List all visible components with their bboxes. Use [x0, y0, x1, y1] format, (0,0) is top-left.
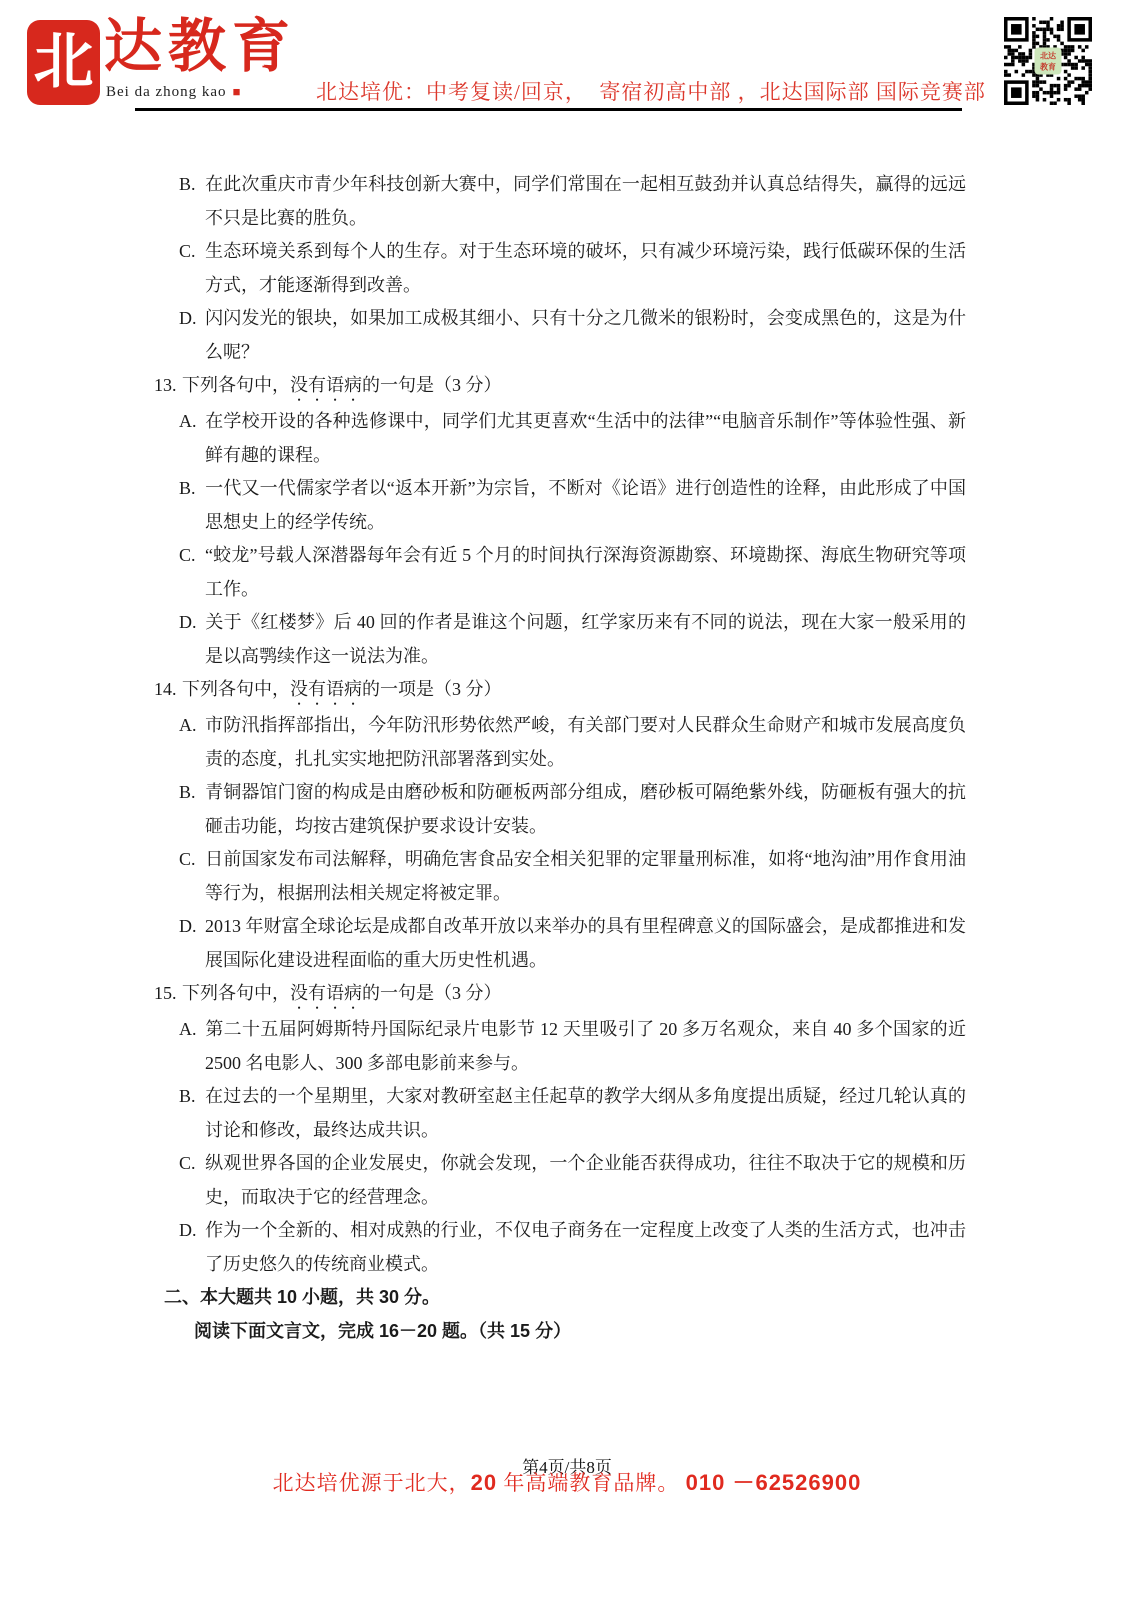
footer-segment: 010 －62526900 — [686, 1470, 862, 1495]
brand-red-square: ■ — [233, 84, 242, 99]
qr-center-badge: 北达 教育 — [1035, 48, 1062, 75]
question-13: 13.下列各句中，没有语病的一句是（3 分） — [154, 369, 966, 405]
text-segment: 的一项是（3 分） — [362, 679, 502, 699]
item-label: 15. — [154, 977, 182, 1011]
text-segment: 日前国家发布司法解释，明确危害食品安全相关犯罪的定罪量刑标准，如将“地沟油”用作… — [205, 849, 966, 903]
question-15: 15.下列各句中，没有语病的一句是（3 分） — [154, 977, 966, 1013]
exam-page: 北 达教育 Bei da zhong kao■ 北达培优：中考复读/回京， 寄宿… — [0, 0, 1134, 1606]
option-B: B.青铜器馆门窗的构成是由磨砂板和防砸板两部分组成，磨砂板可隔绝紫外线，防砸板有… — [179, 776, 966, 843]
option-D: D.2013 年财富全球论坛是成都自改革开放以来举办的具有里程碑意义的国际盛会，… — [179, 910, 966, 977]
option-C: C.“蛟龙”号载人深潜器每年会有近 5 个月的时间执行深海资源勘察、环境勘探、海… — [179, 539, 966, 606]
item-label: C. — [179, 843, 205, 877]
footer-segment: 年高端教育品牌。 — [497, 1471, 686, 1495]
text-segment: 2013 年财富全球论坛是成都自改革开放以来举办的具有里程碑意义的国际盛会，是成… — [205, 916, 966, 970]
text-segment: 下列各句中， — [182, 983, 290, 1003]
qr-badge-line2: 教育 — [1035, 62, 1062, 73]
item-label: B. — [179, 1080, 205, 1114]
item-label: D. — [179, 910, 205, 944]
footer-segment: 北达培优源于北大， — [273, 1471, 471, 1495]
text-segment: 闪闪发光的银块，如果加工成极其细小、只有十分之几微米的银粉时，会变成黑色的，这是… — [205, 308, 966, 362]
exam-body: B.在此次重庆市青少年科技创新大赛中，同学们常围在一起相互鼓劲并认真总结得失，赢… — [154, 168, 966, 1348]
option-C: C.纵观世界各国的企业发展史，你就会发现，一个企业能否获得成功，往往不取决于它的… — [179, 1147, 966, 1214]
brand-seal-logo: 北 — [27, 20, 100, 105]
text-segment: 生态环境关系到每个人的生存。对于生态环境的破坏，只有减少环境污染，践行低碳环保的… — [205, 241, 966, 295]
text-segment: 关于《红楼梦》后 40 回的作者是谁这个问题，红学家历来有不同的说法，现在大家一… — [205, 612, 966, 666]
option-C: C.生态环境关系到每个人的生存。对于生态环境的破坏，只有减少环境污染，践行低碳环… — [179, 235, 966, 302]
brand-subtitle-text: Bei da zhong kao — [106, 84, 227, 100]
brand-subtitle: Bei da zhong kao■ — [106, 84, 241, 101]
item-label: A. — [179, 1013, 205, 1047]
item-label: B. — [179, 472, 205, 506]
header-divider — [135, 108, 962, 111]
text-segment: 青铜器馆门窗的构成是由磨砂板和防砸板两部分组成，磨砂板可隔绝紫外线，防砸板有强大… — [205, 782, 966, 836]
item-label: A. — [179, 405, 205, 439]
text-segment: 在学校开设的各种选修课中，同学们尤其更喜欢“生活中的法律”“电脑音乐制作”等体验… — [205, 411, 966, 465]
emphasized-text: 没有语病 — [290, 375, 362, 395]
header-tagline: 北达培优：中考复读/回京， 寄宿初高中部 ，北达国际部 国际竞赛部 — [316, 76, 986, 106]
option-A: A.第二十五届阿姆斯特丹国际纪录片电影节 12 天里吸引了 20 多万名观众，来… — [179, 1013, 966, 1080]
footer-segment: 20 — [471, 1470, 497, 1495]
item-label: A. — [179, 709, 205, 743]
text-segment: 作为一个全新的、相对成熟的行业，不仅电子商务在一定程度上改变了人类的生活方式，也… — [205, 1220, 966, 1274]
text-segment: 下列各句中， — [182, 375, 290, 395]
text-segment: 下列各句中， — [182, 679, 290, 699]
item-label: C. — [179, 235, 205, 269]
option-B: B.在此次重庆市青少年科技创新大赛中，同学们常围在一起相互鼓劲并认真总结得失，赢… — [179, 168, 966, 235]
text-segment: 在此次重庆市青少年科技创新大赛中，同学们常围在一起相互鼓劲并认真总结得失，赢得的… — [205, 174, 966, 228]
subsection: 阅读下面文言文，完成 16－20 题。（共 15 分） — [194, 1315, 966, 1349]
brand-calligraphy: 达教育 — [104, 6, 296, 88]
text-segment: 阅读下面文言文，完成 16－20 题。（共 15 分） — [194, 1321, 571, 1341]
option-A: A.在学校开设的各种选修课中，同学们尤其更喜欢“生活中的法律”“电脑音乐制作”等… — [179, 405, 966, 472]
option-B: B.在过去的一个星期里，大家对教研室赵主任起草的教学大纲从多角度提出质疑，经过几… — [179, 1080, 966, 1147]
text-segment: 的一句是（3 分） — [362, 983, 502, 1003]
section: 二、本大题共 10 小题，共 30 分。 — [164, 1281, 966, 1315]
emphasized-text: 没有语病 — [290, 679, 362, 699]
option-D: D.关于《红楼梦》后 40 回的作者是谁这个问题，红学家历来有不同的说法，现在大… — [179, 606, 966, 673]
seal-character: 北 — [27, 20, 100, 105]
text-segment: “蛟龙”号载人深潜器每年会有近 5 个月的时间执行深海资源勘察、环境勘探、海底生… — [205, 545, 966, 599]
option-D: D.作为一个全新的、相对成熟的行业，不仅电子商务在一定程度上改变了人类的生活方式… — [179, 1214, 966, 1281]
qr-code: 北达 教育 — [1004, 17, 1092, 105]
item-label: C. — [179, 1147, 205, 1181]
text-segment: 纵观世界各国的企业发展史，你就会发现，一个企业能否获得成功，往往不取决于它的规模… — [205, 1153, 966, 1207]
text-segment: 市防汛指挥部指出，今年防汛形势依然严峻，有关部门要对人民群众生命财产和城市发展高… — [205, 715, 966, 769]
option-B: B.一代又一代儒家学者以“返本开新”为宗旨，不断对《论语》进行创造性的诠释，由此… — [179, 472, 966, 539]
text-segment: 的一句是（3 分） — [362, 375, 502, 395]
text-segment: 二、本大题共 10 小题，共 30 分。 — [164, 1287, 440, 1307]
item-label: 13. — [154, 369, 182, 403]
text-segment: 第二十五届阿姆斯特丹国际纪录片电影节 12 天里吸引了 20 多万名观众，来自 … — [205, 1019, 966, 1073]
footer-contact-line: 北达培优源于北大，20 年高端教育品牌。 010 －62526900 — [0, 1466, 1134, 1497]
option-A: A.市防汛指挥部指出，今年防汛形势依然严峻，有关部门要对人民群众生命财产和城市发… — [179, 709, 966, 776]
qr-badge-line1: 北达 — [1035, 51, 1062, 62]
option-C: C.日前国家发布司法解释，明确危害食品安全相关犯罪的定罪量刑标准，如将“地沟油”… — [179, 843, 966, 910]
item-label: B. — [179, 776, 205, 810]
text-segment: 在过去的一个星期里，大家对教研室赵主任起草的教学大纲从多角度提出质疑，经过几轮认… — [205, 1086, 966, 1140]
item-label: D. — [179, 606, 205, 640]
item-label: D. — [179, 302, 205, 336]
question-14: 14.下列各句中，没有语病的一项是（3 分） — [154, 673, 966, 709]
item-label: D. — [179, 1214, 205, 1248]
item-label: C. — [179, 539, 205, 573]
item-label: B. — [179, 168, 205, 202]
option-D: D.闪闪发光的银块，如果加工成极其细小、只有十分之几微米的银粉时，会变成黑色的，… — [179, 302, 966, 369]
emphasized-text: 没有语病 — [290, 983, 362, 1003]
text-segment: 一代又一代儒家学者以“返本开新”为宗旨，不断对《论语》进行创造性的诠释，由此形成… — [205, 478, 966, 532]
item-label: 14. — [154, 673, 182, 707]
